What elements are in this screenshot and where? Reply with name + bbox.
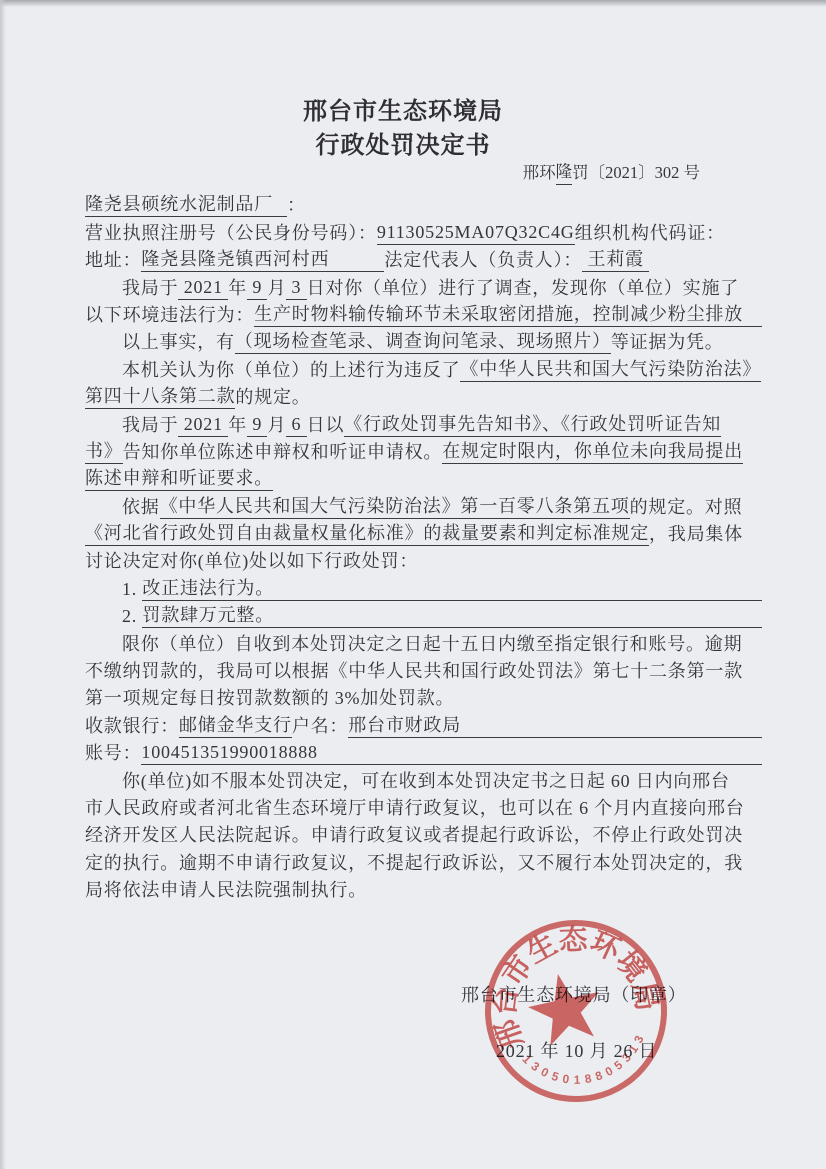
text-segment: 依据 bbox=[122, 495, 160, 519]
text-segment: 2. bbox=[122, 604, 142, 628]
text-segment: 以上事实，有 bbox=[122, 330, 235, 354]
underlined-text: 生产时物料输传输环节未采取密闭措施，控制减少粉尘排放 bbox=[254, 302, 743, 327]
underlined-text: 邮储金华支行 bbox=[179, 713, 292, 738]
underlined-text: 隆 bbox=[556, 160, 573, 185]
blank-underline bbox=[743, 326, 762, 327]
text-segment: 月 bbox=[267, 276, 286, 300]
underlined-text bbox=[273, 216, 287, 217]
underlined-text: 陈述申辩和听证要求。 bbox=[85, 466, 273, 491]
document-line: 书》告知你单位陈述申辩权和听证申请权。在规定时限内，你单位未向我局提出 bbox=[85, 437, 762, 464]
text-segment: 地址： bbox=[85, 248, 141, 272]
document-line: 地址：隆尧县隆尧镇西河村西法定代表人（负责人）： 王莉霞 bbox=[85, 245, 762, 272]
text-segment: 法定代表人（负责人）： bbox=[384, 248, 582, 272]
text-segment: 讨论决定对你(单位)处以如下行政处罚： bbox=[85, 549, 418, 573]
text-segment: 账号： bbox=[85, 741, 141, 765]
underlined-text: 罚款肆万元整。 bbox=[142, 603, 274, 628]
document-line: 依据《中华人民共和国大气污染防治法》第一百零八条第五项的规定。对照 bbox=[85, 491, 762, 518]
text-segment: 月 bbox=[267, 413, 286, 437]
document-line: 隆尧县硕统水泥制品厂： bbox=[85, 190, 762, 217]
text-segment: 营业执照注册号（公民身份号码）： bbox=[85, 221, 377, 245]
text-segment: 户名： bbox=[292, 714, 348, 738]
document-line: 讨论决定对你(单位)处以如下行政处罚： bbox=[85, 546, 762, 573]
document-line: 第四十八条第二款的规定。 bbox=[85, 382, 762, 409]
issue-date: 2021 年 10 月 26 日 bbox=[496, 1038, 657, 1064]
document-line: 我局于 2021 年 9 月 3 日对你（单位）进行了调查，发现你（单位）实施了 bbox=[85, 272, 762, 299]
document-line: 账号：100451351990018888 bbox=[85, 738, 762, 765]
text-segment: 年 bbox=[228, 276, 247, 300]
text-segment: 1. bbox=[122, 577, 142, 601]
underlined-text: 2021 bbox=[178, 275, 228, 300]
issuer-name: 邢台市生态环境局（印章） bbox=[461, 982, 687, 1008]
underlined-text: 《中华人民共和国大气污染防治法》第一百零八条第五项 bbox=[160, 494, 630, 519]
text-segment: 邢环 bbox=[523, 161, 556, 185]
underlined-text: 邢台市财政局 bbox=[348, 713, 461, 738]
document-line: 限你（单位）自收到本处罚决定之日起十五日内缴至指定银行和账号。逾期 bbox=[85, 628, 762, 655]
document-line: 以下环境违法行为：生产时物料输传输环节未采取密闭措施，控制减少粉尘排放 bbox=[85, 300, 762, 327]
underlined-text: 《河北省行政处罚自由裁量权量化标准》的裁量要素和判定标准规定 bbox=[85, 521, 649, 546]
text-segment: 定的执行。逾期不申请行政复议，不提起行政诉讼，又不履行本处罚决定的，我 bbox=[85, 851, 743, 875]
underlined-text: 9 bbox=[247, 275, 267, 300]
text-segment: 组织机构代码证： bbox=[575, 221, 725, 245]
text-segment: 罚〔2021〕302 号 bbox=[572, 161, 700, 185]
document-title-line1: 邢台市生态环境局 bbox=[0, 95, 806, 129]
underlined-text: 隆尧县隆尧镇西河村西 bbox=[141, 247, 329, 272]
text-segment: 日以 bbox=[307, 413, 345, 437]
document-line: 本机关认为你（单位）的上述行为违反了《中华人民共和国大气污染防治法》 bbox=[85, 354, 762, 381]
underlined-text: 《中华人民共和国大气污染防治法》 bbox=[460, 357, 761, 382]
document-line: 第一项规定每日按罚款数额的 3%加处罚款。 bbox=[85, 683, 762, 710]
document-line: 收款银行：邮储金华支行户名：邢台市财政局 bbox=[85, 710, 762, 737]
underlined-text: 隆尧县硕统水泥制品厂 bbox=[85, 192, 273, 217]
text-segment: 我局于 bbox=[122, 413, 178, 437]
document-line: 以上事实，有（现场检查笔录、调查询问笔录、现场照片）等证据为凭。 bbox=[85, 327, 762, 354]
document-line: 局将依法申请人民法院强制执行。 bbox=[85, 875, 762, 902]
document-line: 我局于 2021 年 9 月 6 日以《行政处罚事先告知书》、《行政处罚听证告知 bbox=[85, 409, 762, 436]
document-line: 营业执照注册号（公民身份号码）：91130525MA07Q32C4G组织机构代码… bbox=[85, 217, 762, 244]
document-line: 1. 改正违法行为。 bbox=[85, 573, 762, 600]
underlined-text: 王莉霞 bbox=[582, 247, 649, 272]
underlined-text: 9 bbox=[247, 412, 267, 437]
text-segment: ，我局集体 bbox=[649, 522, 743, 546]
text-segment: 收款银行： bbox=[85, 714, 179, 738]
document-number: 邢环隆罚〔2021〕302 号 bbox=[523, 160, 700, 185]
blank-underline bbox=[318, 764, 762, 765]
seal-ring bbox=[478, 913, 674, 1109]
text-segment: 的规定。 bbox=[235, 385, 310, 409]
text-segment: 局将依法申请人民法院强制执行。 bbox=[85, 878, 367, 902]
document-line: 你(单位)如不服本处罚决定，可在收到本处罚决定书之日起 60 日内向邢台 bbox=[85, 765, 762, 792]
blank-underline bbox=[274, 627, 762, 628]
text-segment: 经济开发区人民法院起诉。申请行政复议或者提起行政诉讼，不停止行政处罚决 bbox=[85, 823, 743, 847]
document-line: 陈述申辩和听证要求。 bbox=[85, 464, 762, 491]
blank-underline bbox=[461, 737, 762, 738]
text-segment: 第一项规定每日按罚款数额的 3%加处罚款。 bbox=[85, 686, 454, 710]
text-segment: 等证据为凭。 bbox=[611, 330, 724, 354]
text-segment: 日对你（单位）进行了调查，发现你（单位）实施了 bbox=[307, 276, 739, 300]
underlined-text bbox=[329, 271, 384, 272]
document-line: 经济开发区人民法院起诉。申请行政复议或者提起行政诉讼，不停止行政处罚决 bbox=[85, 820, 762, 847]
underlined-text: 改正违法行为。 bbox=[142, 576, 274, 601]
document-line: 定的执行。逾期不申请行政复议，不提起行政诉讼，又不履行本处罚决定的，我 bbox=[85, 847, 762, 874]
document-line: 《河北省行政处罚自由裁量权量化标准》的裁量要素和判定标准规定，我局集体 bbox=[85, 519, 762, 546]
underlined-text: 100451351990018888 bbox=[141, 740, 317, 765]
text-segment: ： bbox=[287, 193, 306, 217]
underlined-text: 91130525MA07Q32C4G bbox=[377, 220, 575, 245]
text-segment: 市人民政府或者河北省生态环境厅申请行政复议，也可以在 6 个月内直接向邢台 bbox=[85, 796, 745, 820]
underlined-text: 6 bbox=[286, 412, 306, 437]
underlined-text: 书》 bbox=[85, 439, 123, 464]
text-segment: 本机关认为你（单位）的上述行为违反了 bbox=[122, 358, 460, 382]
text-segment: 的规定。对照 bbox=[630, 495, 743, 519]
underlined-text: 第四十八条第二款 bbox=[85, 384, 235, 409]
text-segment: 以下环境违法行为： bbox=[85, 303, 254, 327]
text-segment: 我局于 bbox=[122, 276, 178, 300]
document-body: 隆尧县硕统水泥制品厂：营业执照注册号（公民身份号码）：91130525MA07Q… bbox=[85, 190, 762, 902]
text-segment: 限你（单位）自收到本处罚决定之日起十五日内缴至指定银行和账号。逾期 bbox=[122, 632, 742, 656]
document-line: 不缴纳罚款的，我局可以根据《中华人民共和国行政处罚法》第七十二条第一款 bbox=[85, 656, 762, 683]
underlined-text: 3 bbox=[286, 275, 306, 300]
blank-underline bbox=[274, 600, 762, 601]
official-seal-stamp: 邢台市生态环境局 1305018805313 bbox=[478, 913, 674, 1109]
text-segment: 不缴纳罚款的，我局可以根据《中华人民共和国行政处罚法》第七十二条第一款 bbox=[85, 659, 743, 683]
document-title: 邢台市生态环境局 行政处罚决定书 bbox=[0, 95, 806, 163]
underlined-text: （现场检查笔录、调查询问笔录、现场照片） bbox=[235, 329, 611, 354]
underlined-text: 在规定时限内，你单位未向我局提出 bbox=[442, 439, 743, 464]
text-segment: 年 bbox=[228, 413, 247, 437]
text-segment: 你(单位)如不服本处罚决定，可在收到本处罚决定书之日起 60 日内向邢台 bbox=[122, 769, 730, 793]
underlined-text: 2021 bbox=[178, 412, 228, 437]
underlined-text: 《行政处罚事先告知书》、《行政处罚听证告知 bbox=[344, 412, 721, 437]
document-line: 市人民政府或者河北省生态环境厅申请行政复议，也可以在 6 个月内直接向邢台 bbox=[85, 793, 762, 820]
document-line: 2. 罚款肆万元整。 bbox=[85, 601, 762, 628]
document-title-line2: 行政处罚决定书 bbox=[0, 129, 806, 163]
scanned-document-page: 邢台市生态环境局 行政处罚决定书 邢环隆罚〔2021〕302 号 隆尧县硕统水泥… bbox=[0, 0, 826, 1169]
text-segment: 告知你单位陈述申辩权和听证申请权。 bbox=[123, 440, 443, 464]
